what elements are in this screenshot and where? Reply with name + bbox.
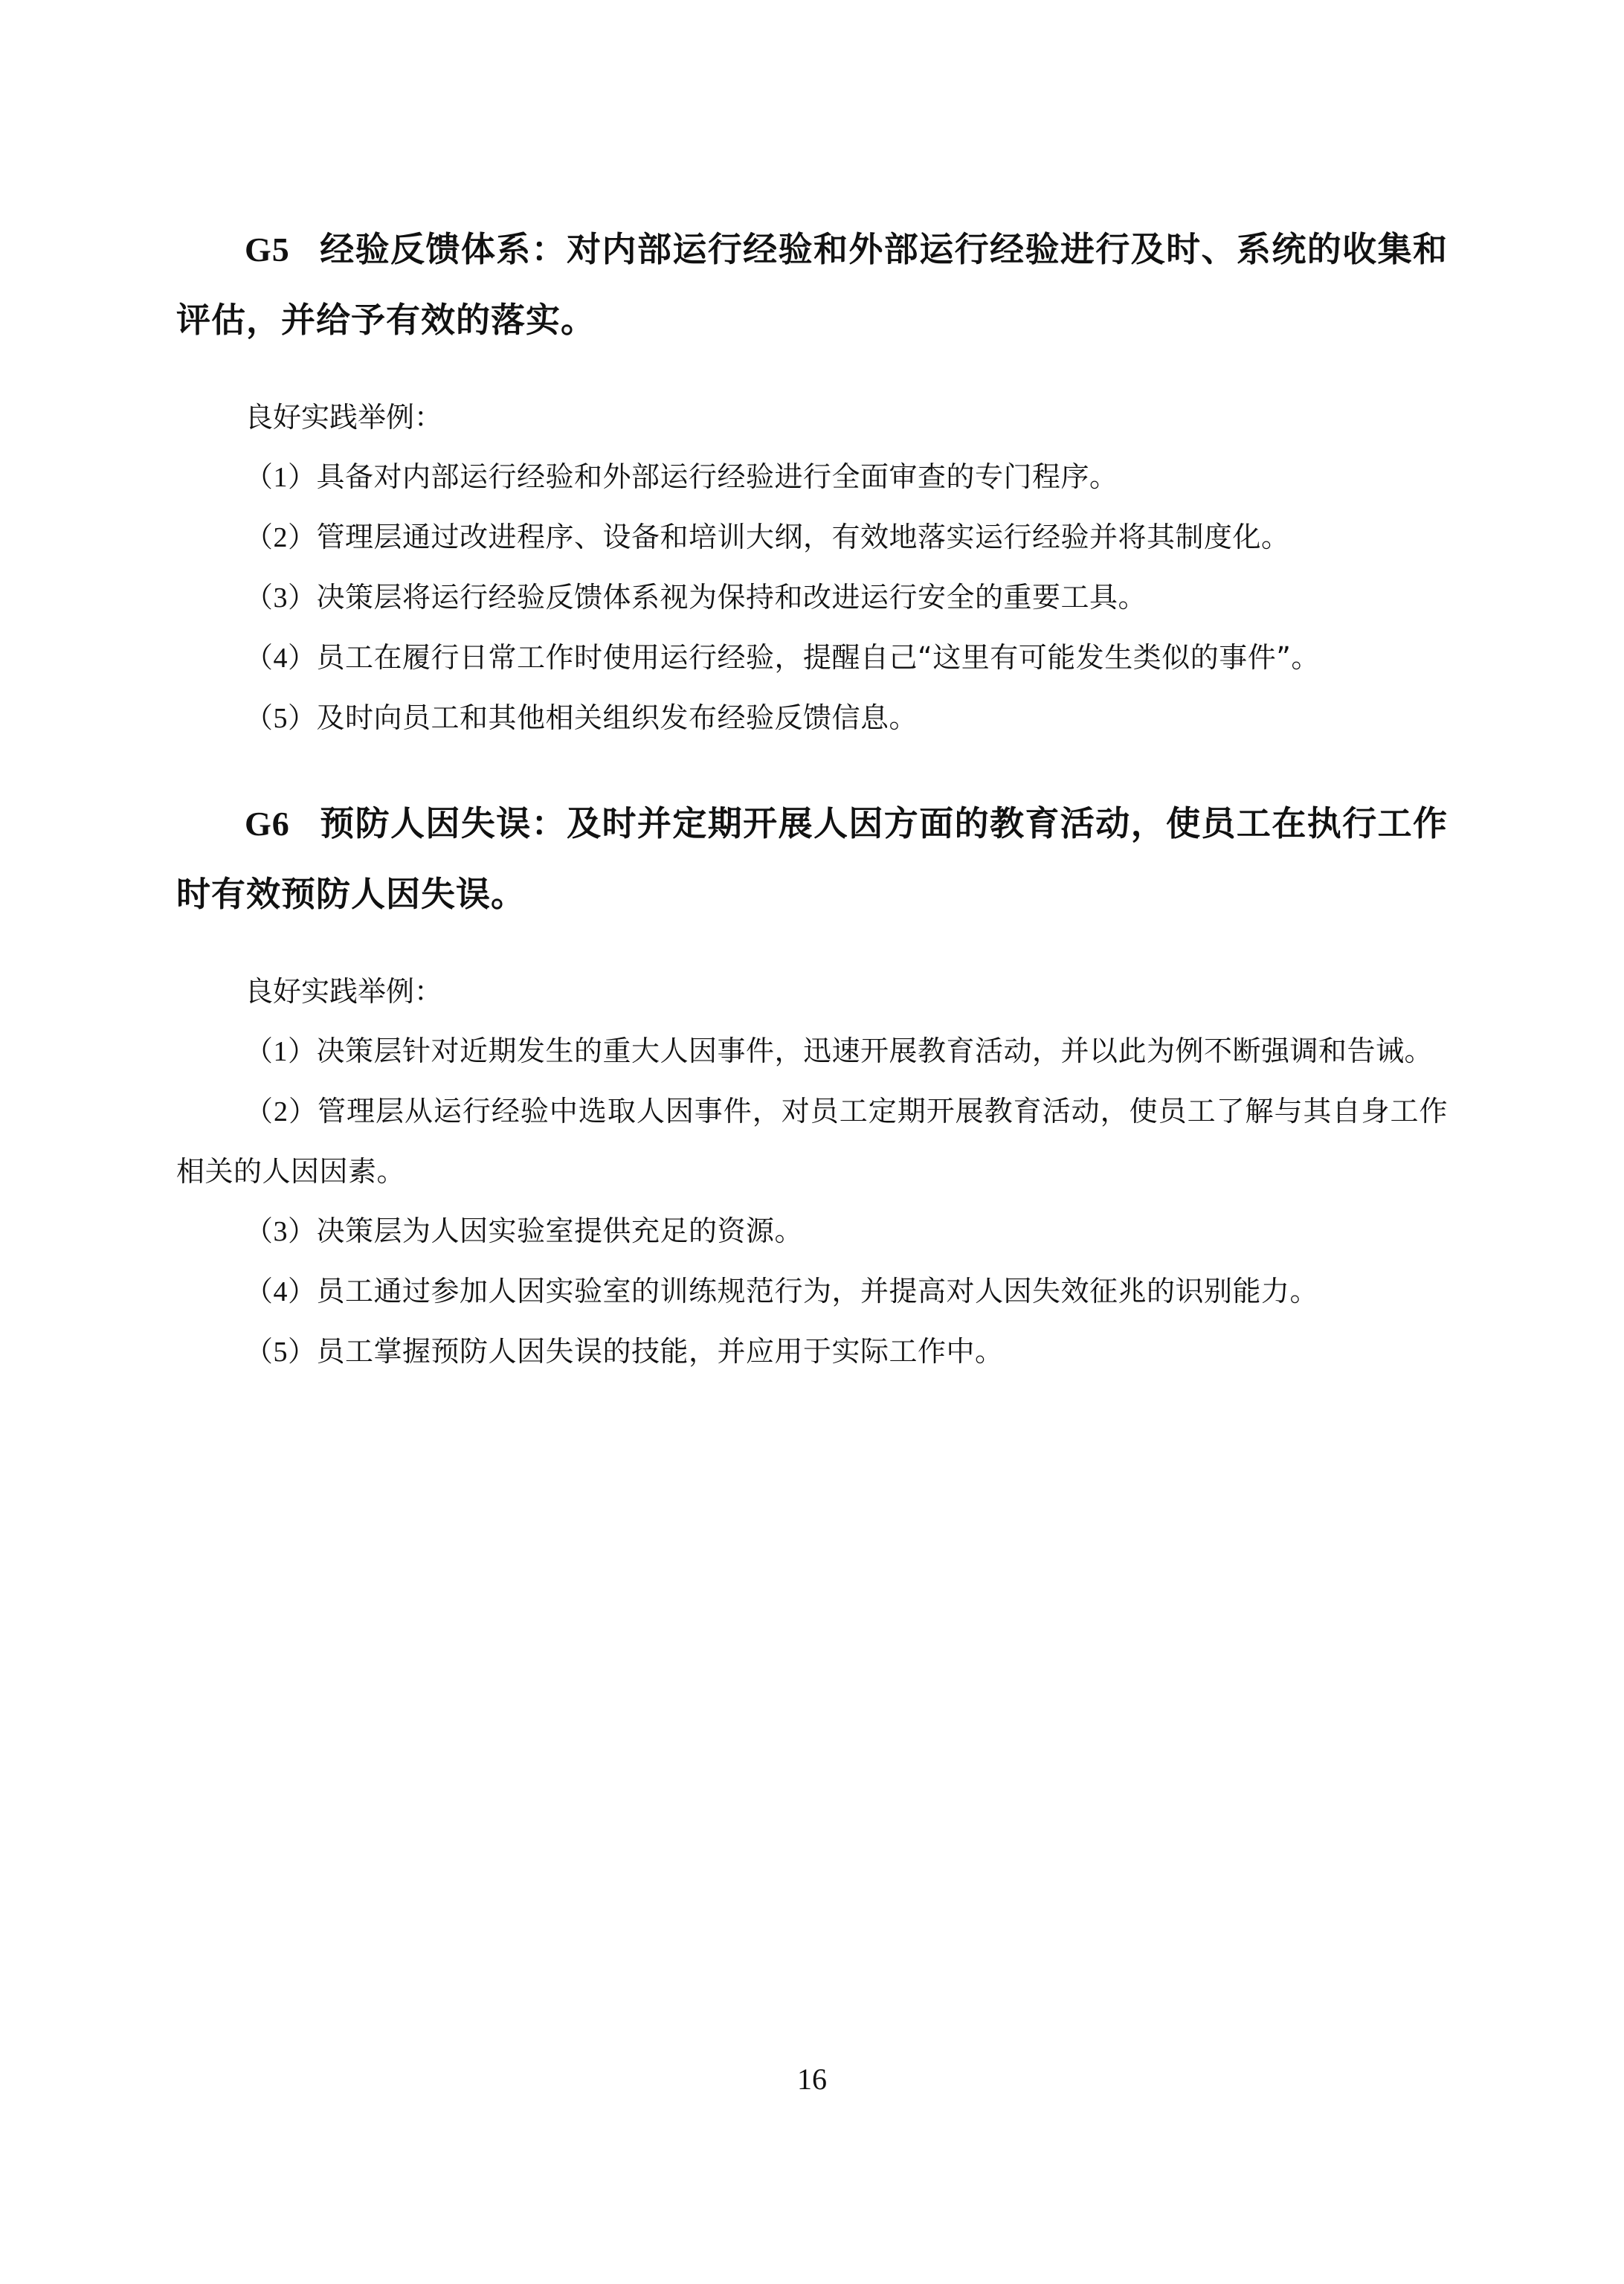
section-heading: G6预防人因失误：及时并定期开展人因方面的教育活动，使员工在执行工作时有效预防人… — [176, 788, 1448, 929]
section-title: 经验反馈体系：对内部运行经验和外部运行经验进行及时、系统的收集和评估，并给予有效… — [176, 229, 1448, 340]
list-item: （4）员工通过参加人因实验室的训练规范行为，并提高对人因失效征兆的识别能力。 — [176, 1261, 1448, 1322]
page-content: G5经验反馈体系：对内部运行经验和外部运行经验进行及时、系统的收集和评估，并给予… — [176, 214, 1448, 1382]
section-g6: G6预防人因失误：及时并定期开展人因方面的教育活动，使员工在执行工作时有效预防人… — [176, 788, 1448, 1382]
item-number: （5） — [245, 703, 317, 734]
examples-label: 良好实践举例： — [176, 962, 1448, 1021]
item-text: 具备对内部运行经验和外部运行经验进行全面审查的专门程序。 — [317, 460, 1118, 493]
item-number: （4） — [245, 1276, 317, 1307]
examples-label: 良好实践举例： — [176, 387, 1448, 447]
section-code: G5 — [245, 231, 290, 268]
item-text: 员工在履行日常工作时使用运行经验，提醒自己“这里有可能发生类似的事件”。 — [317, 641, 1320, 674]
item-number: （4） — [245, 643, 317, 674]
item-number: （1） — [245, 462, 317, 493]
section-code: G6 — [245, 805, 290, 843]
list-item: （4）员工在履行日常工作时使用运行经验，提醒自己“这里有可能发生类似的事件”。 — [176, 628, 1448, 688]
list-item: （2）管理层通过改进程序、设备和培训大纲，有效地落实运行经验并将其制度化。 — [176, 507, 1448, 567]
section-title: 预防人因失误：及时并定期开展人因方面的教育活动，使员工在执行工作时有效预防人因失… — [176, 803, 1448, 914]
item-text: 员工掌握预防人因失误的技能，并应用于实际工作中。 — [317, 1335, 1004, 1368]
section-heading: G5经验反馈体系：对内部运行经验和外部运行经验进行及时、系统的收集和评估，并给予… — [176, 214, 1448, 355]
item-number: （2） — [245, 1096, 318, 1127]
item-text: 决策层将运行经验反馈体系视为保持和改进运行安全的重要工具。 — [317, 581, 1147, 614]
list-item: （3）决策层为人因实验室提供充足的资源。 — [176, 1201, 1448, 1261]
list-item: （2）管理层从运行经验中选取人因事件，对员工定期开展教育活动，使员工了解与其自身… — [176, 1081, 1448, 1201]
list-item: （5）及时向员工和其他相关组织发布经验反馈信息。 — [176, 688, 1448, 748]
list-item: （1）决策层针对近期发生的重大人因事件，迅速开展教育活动，并以此为例不断强调和告… — [176, 1021, 1448, 1081]
item-text: 决策层为人因实验室提供充足的资源。 — [317, 1215, 804, 1247]
item-text: 决策层针对近期发生的重大人因事件，迅速开展教育活动，并以此为例不断强调和告诫。 — [317, 1035, 1434, 1067]
list-item: （3）决策层将运行经验反馈体系视为保持和改进运行安全的重要工具。 — [176, 567, 1448, 628]
item-text: 管理层通过改进程序、设备和培训大纲，有效地落实运行经验并将其制度化。 — [317, 521, 1290, 553]
item-text: 员工通过参加人因实验室的训练规范行为，并提高对人因失效征兆的识别能力。 — [317, 1275, 1319, 1307]
item-number: （1） — [245, 1036, 317, 1067]
document-page: G5经验反馈体系：对内部运行经验和外部运行经验进行及时、系统的收集和评估，并给予… — [0, 0, 1624, 2284]
page-number: 16 — [0, 2062, 1624, 2097]
list-item: （5）员工掌握预防人因失误的技能，并应用于实际工作中。 — [176, 1322, 1448, 1382]
item-number: （2） — [245, 522, 317, 553]
item-text: 管理层从运行经验中选取人因事件，对员工定期开展教育活动，使员工了解与其自身工作相… — [176, 1095, 1448, 1188]
section-g5: G5经验反馈体系：对内部运行经验和外部运行经验进行及时、系统的收集和评估，并给予… — [176, 214, 1448, 748]
item-number: （5） — [245, 1336, 317, 1368]
item-number: （3） — [245, 1216, 317, 1247]
list-item: （1）具备对内部运行经验和外部运行经验进行全面审查的专门程序。 — [176, 447, 1448, 507]
item-number: （3） — [245, 582, 317, 614]
item-text: 及时向员工和其他相关组织发布经验反馈信息。 — [317, 701, 918, 734]
